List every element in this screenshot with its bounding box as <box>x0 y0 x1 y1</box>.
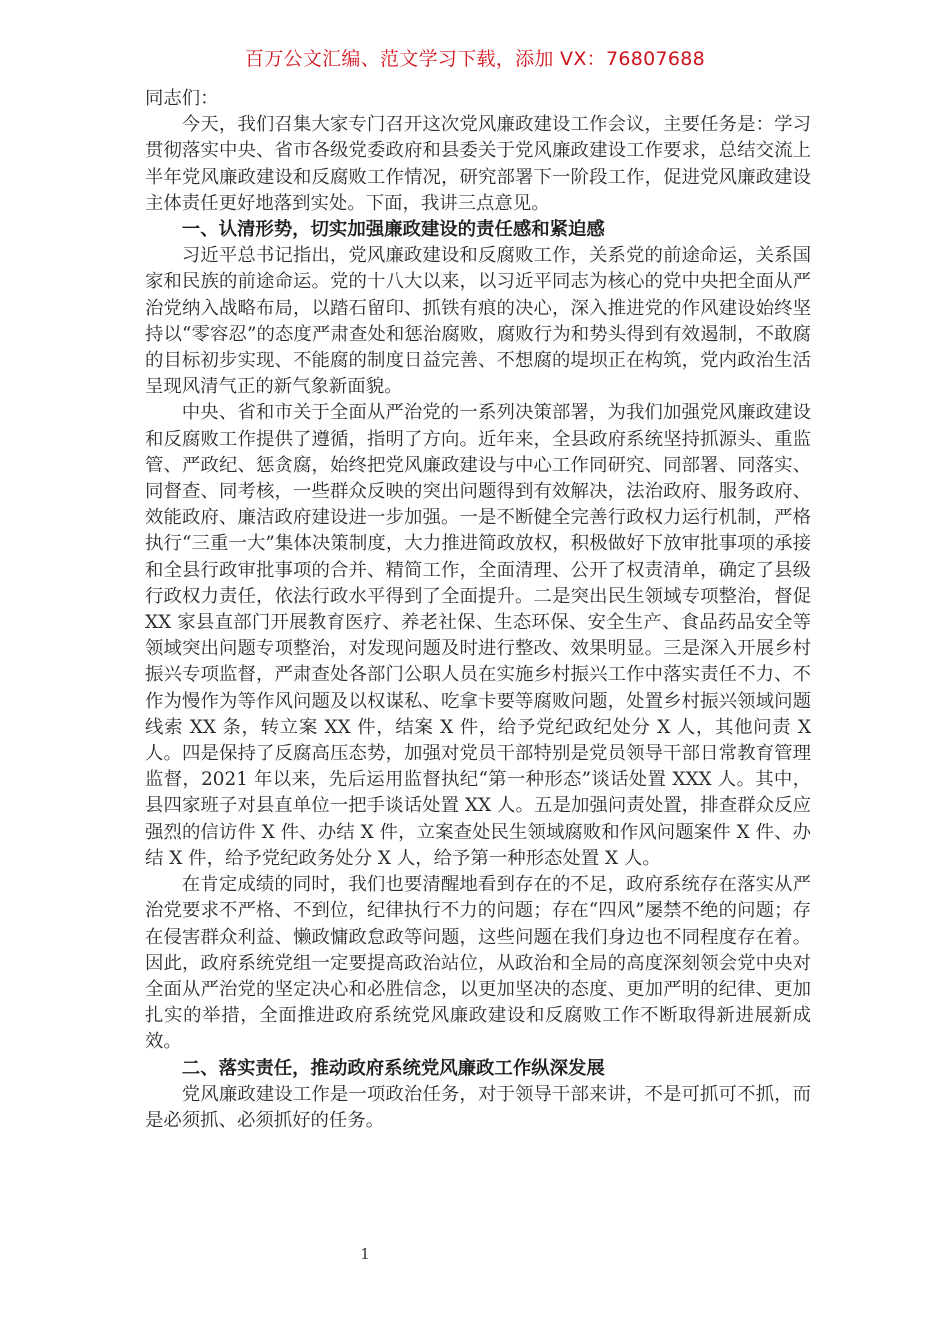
paragraph-responsibility: 党风廉政建设工作是一项政治任务，对于领导干部来讲，不是可抓可不抓，而是必须抓、必… <box>145 1082 811 1134</box>
section-heading-1: 一、认清形势，切实加强廉政建设的责任感和紧迫感 <box>145 217 811 243</box>
paragraph-shortcomings: 在肯定成绩的同时，我们也要清醒地看到存在的不足，政府系统存在落实从严治党要求不严… <box>145 872 811 1055</box>
paragraph-intro: 今天，我们召集大家专门召开这次党风廉政建设工作会议，主要任务是：学习贯彻落实中央… <box>145 112 811 217</box>
document-body: 同志们： 今天，我们召集大家专门召开这次党风廉政建设工作会议，主要任务是：学习贯… <box>145 86 811 1134</box>
paragraph-achievements: 中央、省和市关于全面从严治党的一系列决策部署，为我们加强党风廉政建设和反腐败工作… <box>145 400 811 872</box>
paragraph-situation: 习近平总书记指出，党风廉政建设和反腐败工作，关系党的前途命运，关系国家和民族的前… <box>145 243 811 400</box>
document-page: 百万公文汇编、范文学习下载，添加 VX：76807688 同志们： 今天，我们召… <box>0 0 950 1344</box>
section-heading-2: 二、落实责任，推动政府系统党风廉政工作纵深发展 <box>145 1056 811 1082</box>
salutation: 同志们： <box>145 86 811 112</box>
page-number: 1 <box>355 1245 375 1263</box>
watermark-banner: 百万公文汇编、范文学习下载，添加 VX：76807688 <box>0 44 950 71</box>
